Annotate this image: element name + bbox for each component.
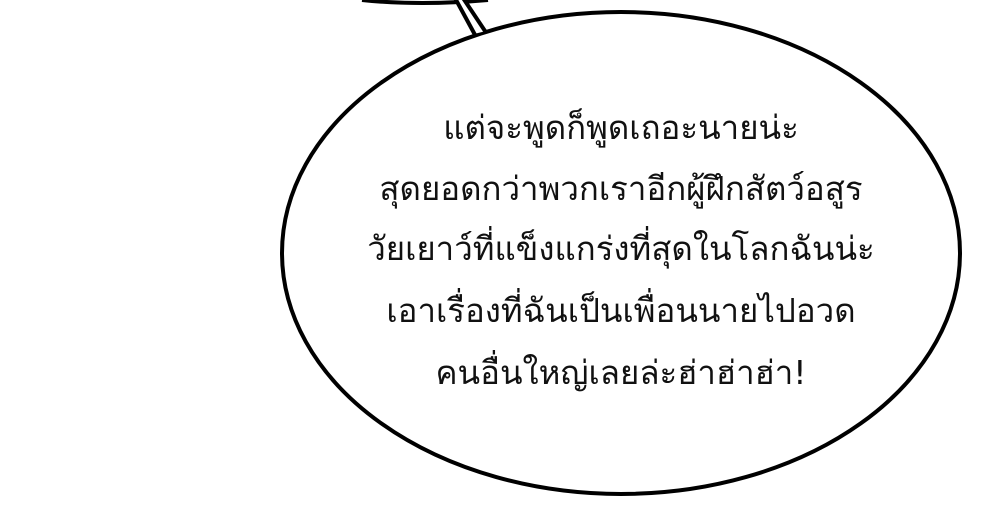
dialogue-line-4: เอาเรื่องที่ฉันเป็นเพื่อนนายไปอวด <box>281 280 961 341</box>
dialogue-line-1: แต่จะพูดก็พูดเถอะนายน่ะ <box>281 97 961 158</box>
dialogue-line-5: คนอื่นใหญ่เลยล่ะฮ่าฮ่าฮ่า! <box>281 342 961 403</box>
dialogue-line-3: วัยเยาว์ที่แข็งแกร่งที่สุดในโลกฉันน่ะ <box>281 218 961 279</box>
previous-bubble-edge <box>362 0 488 3</box>
comic-panel: แต่จะพูดก็พูดเถอะนายน่ะ สุดยอดกว่าพวกเรา… <box>0 0 1000 515</box>
dialogue-line-2: สุดยอดกว่าพวกเราอีกผู้ฝึกสัตว์อสูร <box>281 158 961 219</box>
